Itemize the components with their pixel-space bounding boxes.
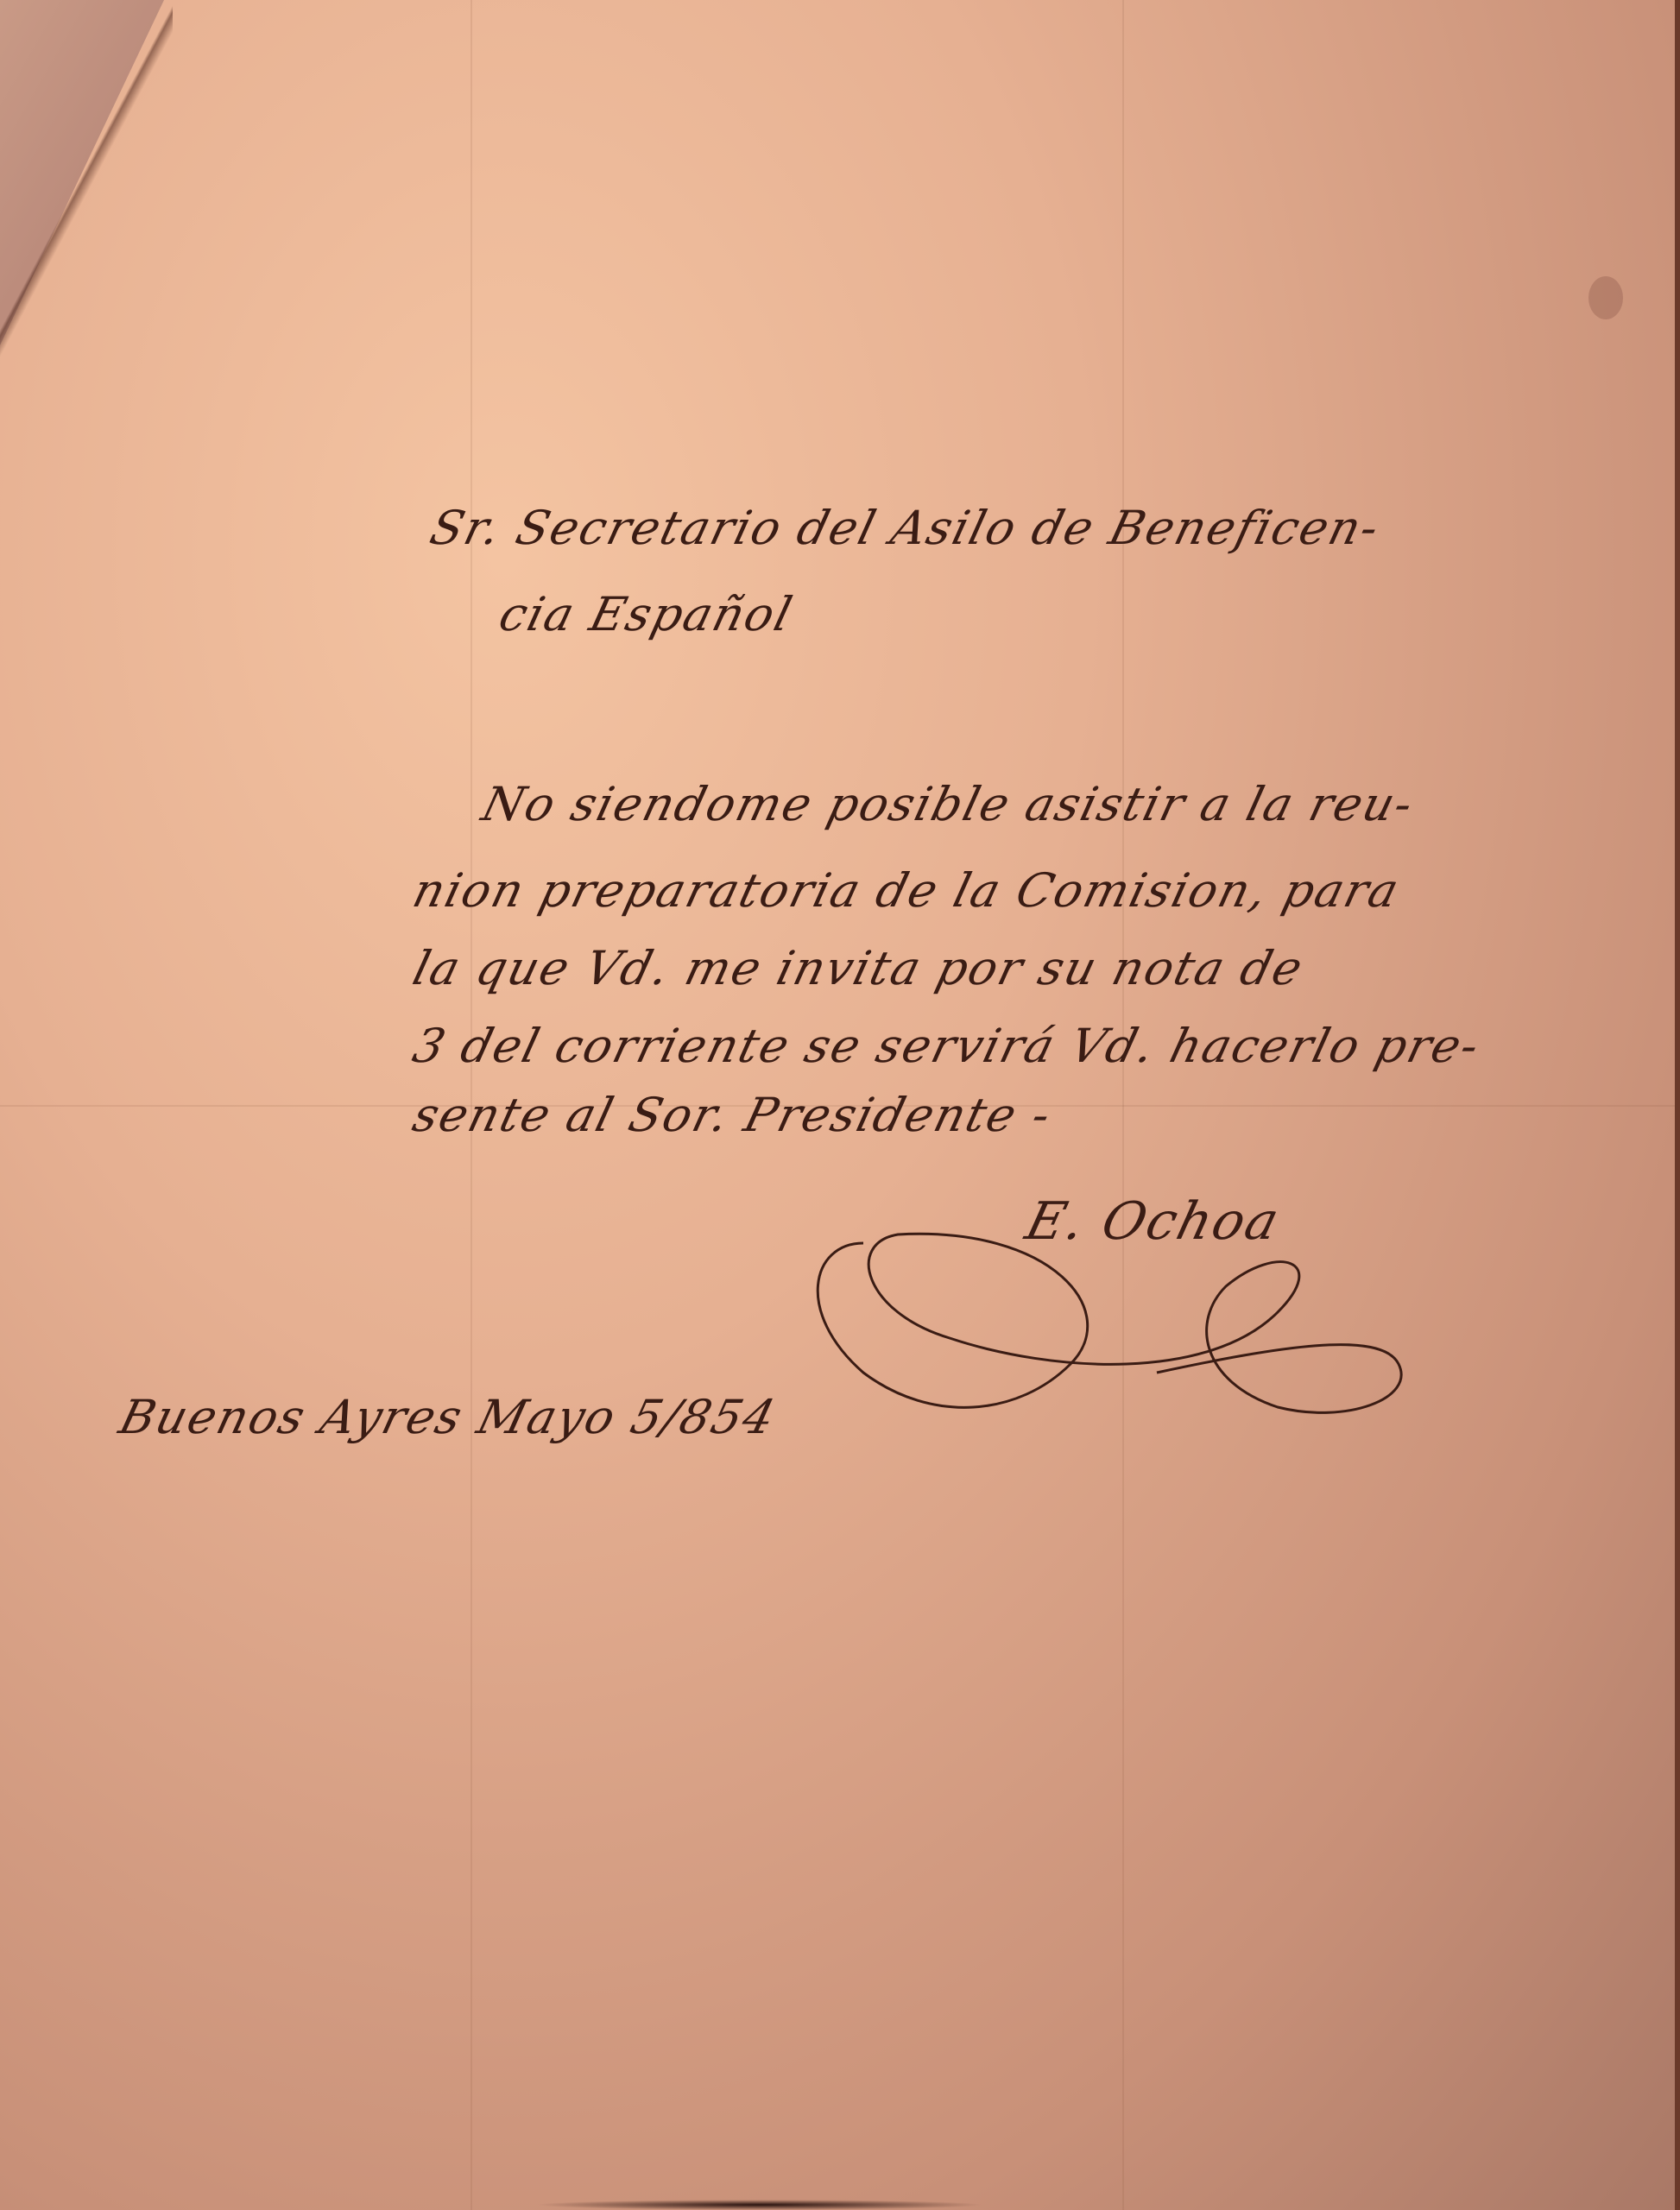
bottom-shadow [535,2200,984,2210]
body-line-2: nion preparatoria de la Comision, para [407,863,1405,918]
curled-corner-edge [0,0,173,363]
body-line-3: la que Vd. me invita por su nota de [407,941,1310,995]
body-line-5: sente al Sor. Presidente - [407,1088,1058,1142]
salutation-line-2: cia Español [494,587,799,641]
page-edge [1675,0,1680,2210]
salutation-line-1: Sr. Secretario del Asilo de Beneficen- [425,501,1386,555]
body-line-4: 3 del corriente se servirá Vd. hacerlo p… [407,1019,1486,1073]
stain-mark [1588,276,1623,319]
place-date: Buenos Ayres Mayo 5/854 [114,1390,782,1444]
signature-flourish-icon [794,1209,1485,1433]
body-line-1: No siendome posible asistir a la reu- [477,777,1419,831]
